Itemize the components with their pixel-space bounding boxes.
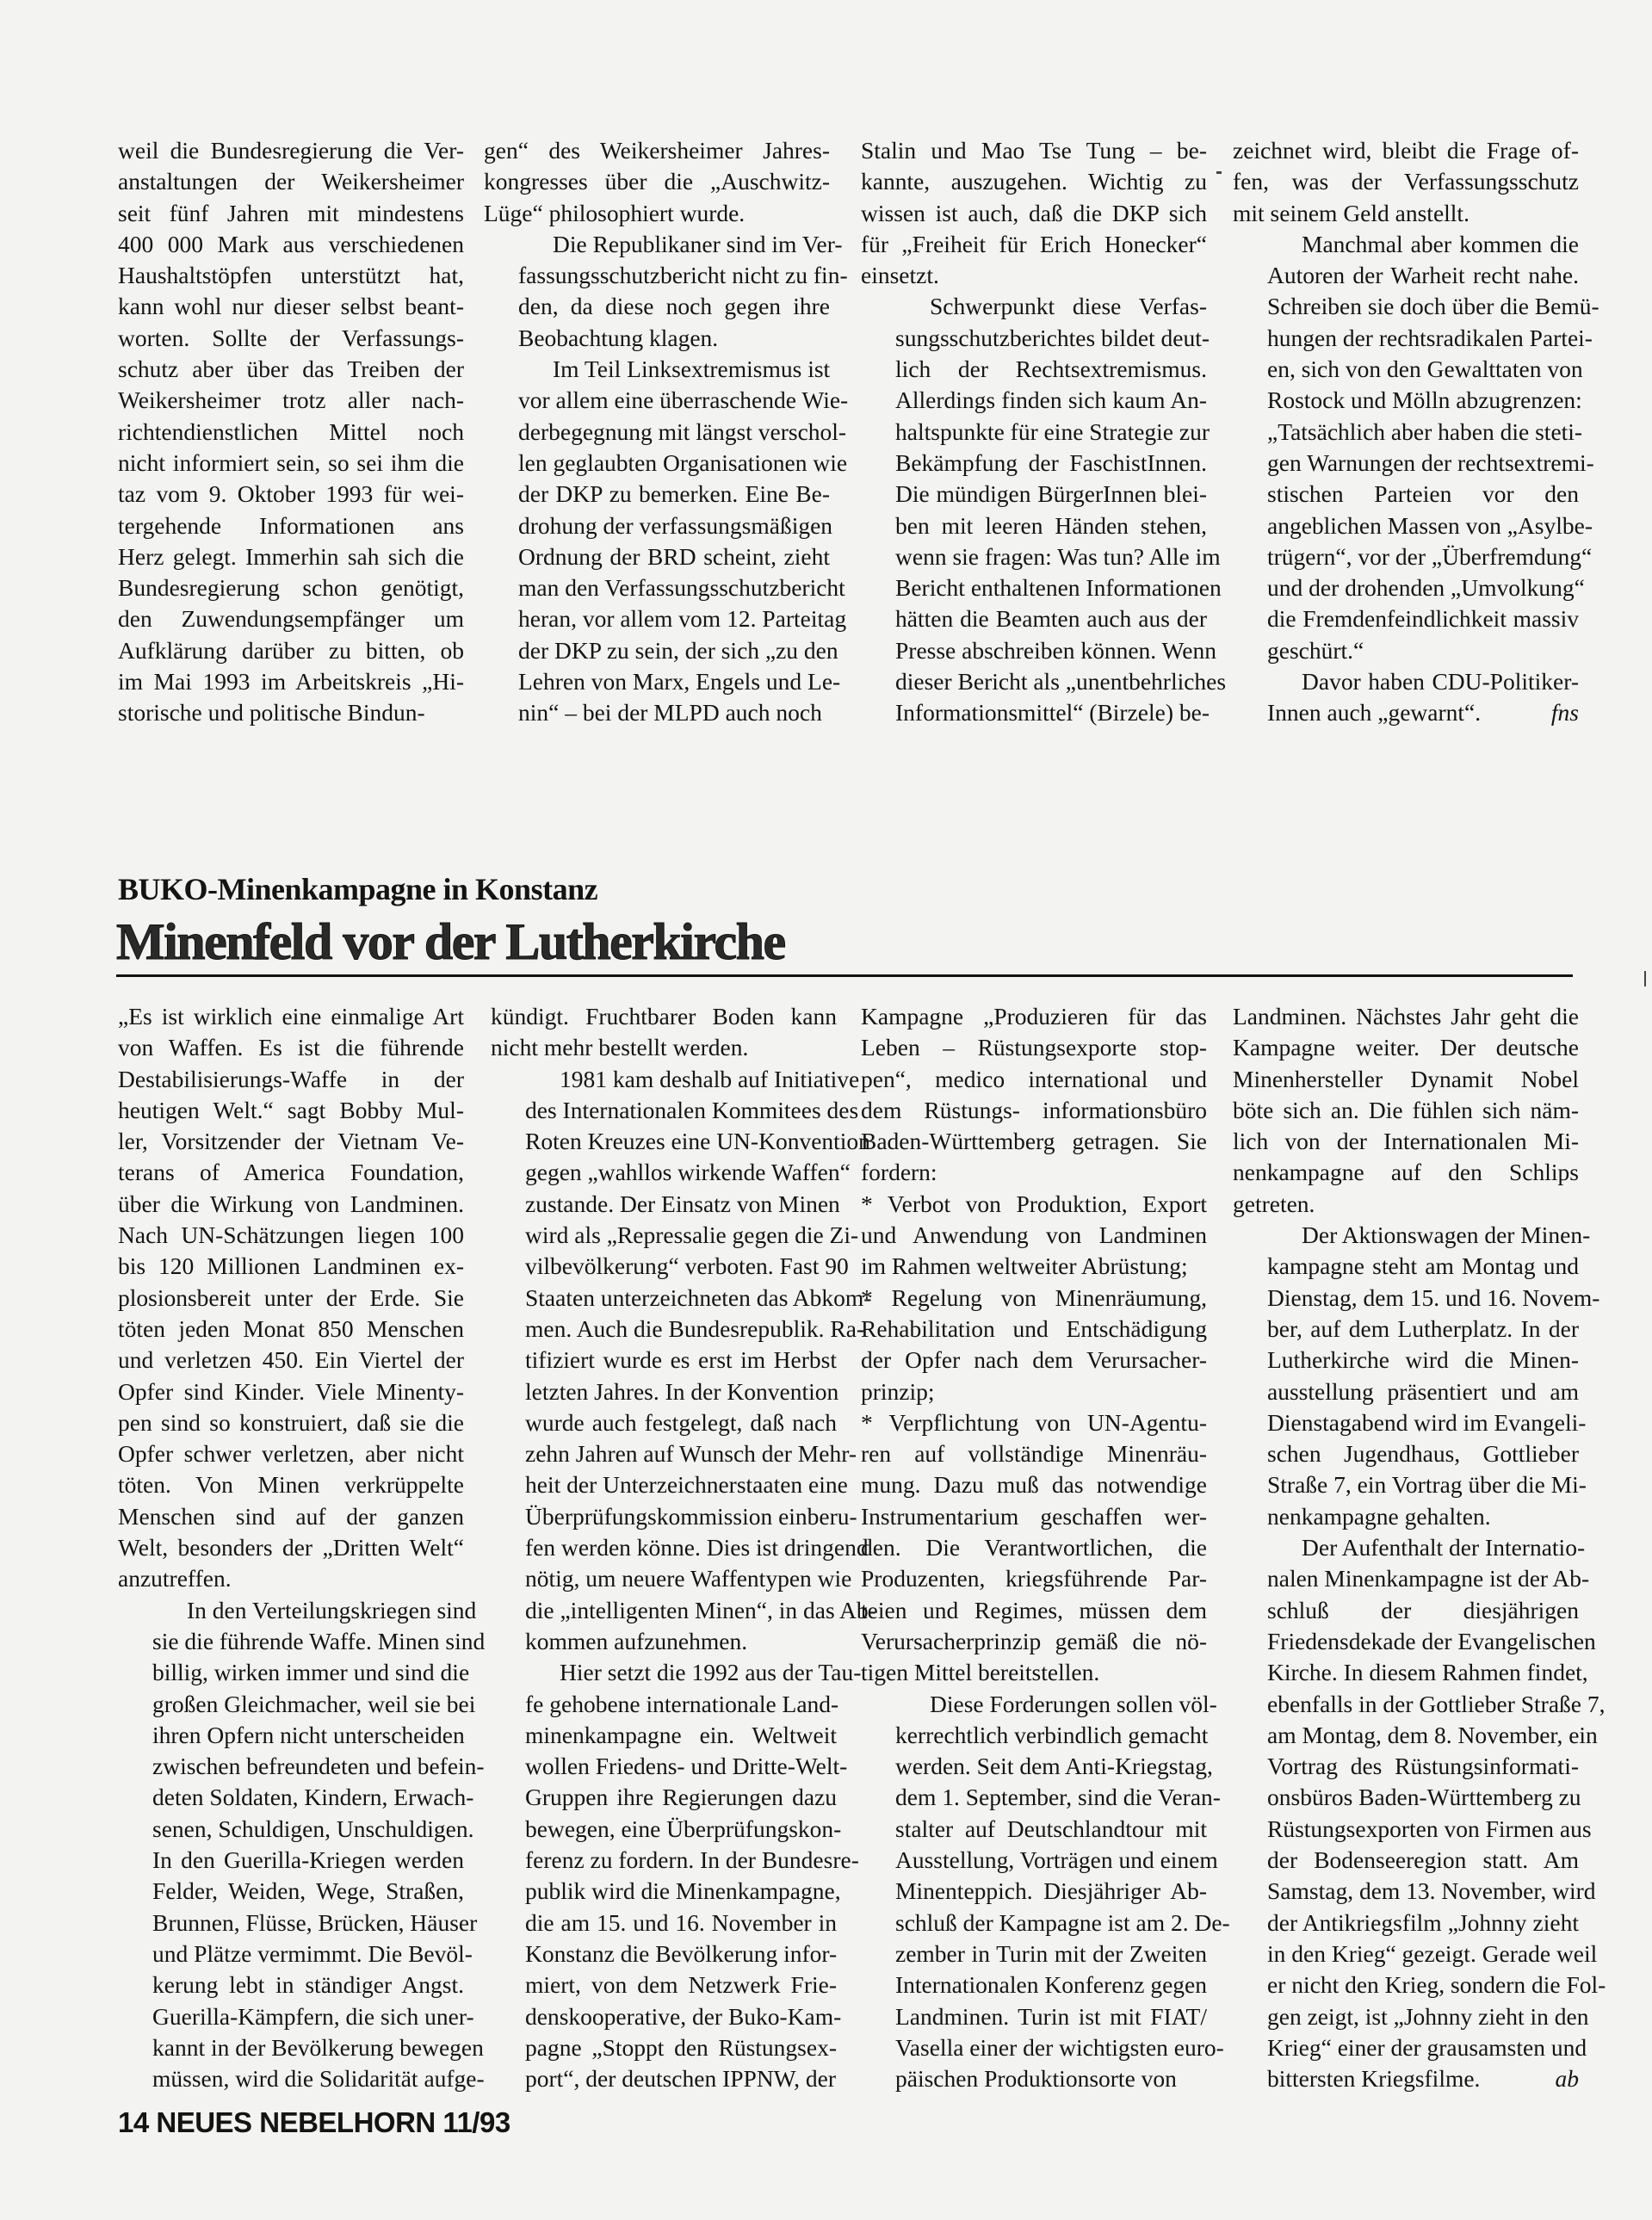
text-line: nötig, um neuere Waffentypen wie [491, 1563, 837, 1594]
text-line: tifiziert wurde es erst im Herbst [491, 1345, 837, 1376]
paragraph: 1981 kam deshalb auf Initiativedes Inter… [491, 1064, 837, 1658]
top-article-column-4: zeichnet wird, bleibt die Frage of-fen, … [1233, 135, 1579, 729]
text-line: und Plätze vermimmt. Die Bevöl- [118, 1939, 464, 1970]
text-line: miert, von dem Netzwerk Frie- [491, 1970, 837, 2000]
text-line: kannt in der Bevölkerung bewegen [118, 2032, 464, 2063]
paragraph: In den Verteilungskriegen sindsie die fü… [118, 1595, 464, 2095]
text-line: Herz gelegt. Immerhin sah sich die [118, 541, 464, 572]
text-line: ren auf vollständige Minenräu- [861, 1438, 1207, 1469]
text-line: sungsschutzberichtes bildet deut- [861, 323, 1207, 354]
text-line: Guerilla-Kämpfern, die sich uner- [118, 2001, 464, 2032]
paragraph: gen“ des Weikersheimer Jahres-kongresses… [484, 135, 830, 229]
text-line: geschürt.“ [1233, 635, 1579, 666]
text-line: zeichnet wird, bleibt die Frage of- [1233, 135, 1579, 166]
text-line: zustande. Der Einsatz von Minen [491, 1189, 837, 1220]
text-line: Felder, Weiden, Wege, Straßen, [118, 1876, 464, 1907]
text-line: mung. Dazu muß das notwendige [861, 1469, 1207, 1500]
text-line: hungen der rechtsradikalen Partei- [1233, 323, 1579, 354]
text-line: den, da diese noch gegen ihre [484, 291, 830, 322]
text-line: schluß der diesjährigen [1233, 1595, 1579, 1626]
text-line: im Rahmen weltweiter Abrüstung; [861, 1251, 1207, 1282]
text-line: in den Krieg“ gezeigt. Gerade weil [1233, 1939, 1579, 1970]
text-line: trügern“, vor der „Überfremdung“ [1233, 541, 1579, 572]
text-line: teien und Regimes, müssen dem [861, 1595, 1207, 1626]
text-line: heran, vor allem vom 12. Parteitag [484, 603, 830, 634]
text-line: schen Jugendhaus, Gottlieber [1233, 1438, 1579, 1469]
text-line: vor allem eine überraschende Wie- [484, 385, 830, 416]
text-line: einsetzt. [861, 260, 1207, 291]
text-line: ler, Vorsitzender der Vietnam Ve- [118, 1126, 464, 1157]
paragraph: Der Aktionswagen der Minen-kampagne steh… [1233, 1220, 1579, 1532]
text-line: ben mit leeren Händen stehen, [861, 510, 1207, 541]
text-line: Rehabilitation und Entschädigung [861, 1314, 1207, 1345]
text-line: drohung der verfassungsmäßigen [484, 510, 830, 541]
text-line: Rostock und Mölln abzugrenzen: [1233, 385, 1579, 416]
text-line: nicht informiert sein, so sei ihm die [118, 448, 464, 479]
text-line: * Regelung von Minenräumung, [861, 1283, 1207, 1314]
text-line: der Opfer nach dem Verursacher- [861, 1345, 1207, 1376]
text-line: pen“, medico international und [861, 1064, 1207, 1095]
text-line: plosionsbereit unter der Erde. Sie [118, 1283, 464, 1314]
text-line: denskooperative, der Buko-Kam- [491, 2001, 837, 2032]
text-line: zehn Jahren auf Wunsch der Mehr- [491, 1438, 837, 1469]
text-line: Beobachtung klagen. [484, 323, 830, 354]
text-line: gegen „wahllos wirkende Waffen“ [491, 1157, 837, 1188]
text-line: anzutreffen. [118, 1563, 464, 1594]
text-line: Opfer sind Kinder. Viele Minenty- [118, 1376, 464, 1407]
text-line: Ausstellung, Vorträgen und einem [861, 1845, 1207, 1876]
text-line: ebenfalls in der Gottlieber Straße 7, [1233, 1689, 1579, 1720]
text-line: dem 1. September, sind die Veran- [861, 1782, 1207, 1813]
text-line: Nach UN-Schätzungen liegen 100 [118, 1220, 464, 1251]
text-line: stalter auf Deutschlandtour mit [861, 1814, 1207, 1845]
text-line: großen Gleichmacher, weil sie bei [118, 1689, 464, 1720]
text-line: worten. Sollte der Verfassungs- [118, 323, 464, 354]
text-line: Kampagne weiter. Der deutsche [1233, 1032, 1579, 1063]
scan-mark [1216, 171, 1222, 174]
text-line: lich der Rechtsextremismus. [861, 354, 1207, 385]
text-line: ausstellung präsentiert und am [1233, 1376, 1579, 1407]
text-line: Minenhersteller Dynamit Nobel [1233, 1064, 1579, 1095]
text-line: stischen Parteien vor den [1233, 479, 1579, 510]
text-line: Davor haben CDU-Politiker- [1267, 666, 1579, 697]
text-line: sie die führende Waffe. Minen sind [118, 1626, 464, 1657]
text-line: heutigen Welt.“ sagt Bobby Mul- [118, 1095, 464, 1126]
text-line: letzten Jahres. In der Konvention [491, 1376, 837, 1407]
text-line: Minenteppich. Diesjähriger Ab- [861, 1876, 1207, 1907]
text-line: fordern: [861, 1157, 1207, 1188]
text-line: kündigt. Fruchtbarer Boden kann [491, 1001, 837, 1032]
text-line: kerrechtlich verbindlich gemacht [861, 1720, 1207, 1751]
text-line: die „intelligenten Minen“, in das Ab- [491, 1595, 837, 1626]
article-headline: Minenfeld vor der Lutherkirche [116, 912, 785, 972]
text-line: und Anwendung von Landminen [861, 1220, 1207, 1251]
text-line: Samstag, dem 13. November, wird [1233, 1876, 1579, 1907]
text-line: angeblichen Massen von „Asylbe- [1233, 510, 1579, 541]
text-line: In den Verteilungskriegen sind [152, 1595, 464, 1626]
text-line: Weikersheimer trotz aller nach- [118, 385, 464, 416]
text-line: man den Verfassungsschutzbericht [484, 572, 830, 603]
text-line: Verursacherprinzip gemäß die nö- [861, 1626, 1207, 1657]
text-line: im Mai 1993 im Arbeitskreis „Hi- [118, 666, 464, 697]
text-line: Friedensdekade der Evangelischen [1233, 1626, 1579, 1657]
text-line: pen sind so konstruiert, daß sie die [118, 1407, 464, 1438]
paragraph: Hier setzt die 1992 aus der Tau-fe gehob… [491, 1657, 837, 2094]
text-line: ferenz zu fordern. In der Bundesre- [491, 1845, 837, 1876]
text-line: billig, wirken immer und sind die [118, 1657, 464, 1688]
text-line: seit fünf Jahren mit mindestens [118, 198, 464, 229]
text-line: storische und politische Bindun- [118, 697, 464, 728]
text-line: onsbüros Baden-Württemberg zu [1233, 1782, 1579, 1813]
text-line: Opfer schwer verletzen, aber nicht [118, 1438, 464, 1469]
text-line: richtendienstlichen Mittel noch [118, 417, 464, 448]
top-article-column-2: gen“ des Weikersheimer Jahres-kongresses… [484, 135, 830, 729]
text-line: er nicht den Krieg, sondern die Fol- [1233, 1970, 1579, 2000]
text-line: Konstanz die Bevölkerung infor- [491, 1939, 837, 1970]
text-line: men. Auch die Bundesrepublik. Ra- [491, 1314, 837, 1345]
text-line: böte sich an. Die fühlen sich näm- [1233, 1095, 1579, 1126]
text-line: Vasella einer der wichtigsten euro- [861, 2032, 1207, 2063]
text-line: zember in Turin mit der Zweiten [861, 1939, 1207, 1970]
text-line: Landminen. Nächstes Jahr geht die [1233, 1001, 1579, 1032]
text-line: Kirche. In diesem Rahmen findet, [1233, 1657, 1579, 1688]
text-line: die am 15. und 16. November in [491, 1908, 837, 1939]
text-line: und verletzen 450. Ein Viertel der [118, 1345, 464, 1376]
text-line: die Fremdenfeindlichkeit massiv [1233, 603, 1579, 634]
text-line: am Montag, dem 8. November, ein [1233, 1720, 1579, 1751]
text-line: der DKP zu bemerken. Eine Be- [484, 479, 830, 510]
text-line: minenkampagne ein. Weltweit [491, 1720, 837, 1751]
text-line: kommen aufzunehmen. [491, 1626, 837, 1657]
text-line: Staaten unterzeichneten das Abkom- [491, 1283, 837, 1314]
text-line: Schreiben sie doch über die Bemü- [1233, 291, 1579, 322]
text-line: Destabilisierungs-Waffe in der [118, 1064, 464, 1095]
text-line: Presse abschreiben können. Wenn [861, 635, 1207, 666]
text-line: * Verpflichtung von UN-Agentu- [861, 1407, 1207, 1438]
paragraph: Stalin und Mao Tse Tung – be-kannte, aus… [861, 135, 1207, 291]
text-line: von Waffen. Es ist die führende [118, 1032, 464, 1063]
text-line: nin“ – bei der MLPD auch noch [484, 697, 830, 728]
paragraph: kündigt. Fruchtbarer Boden kannnicht meh… [491, 1001, 837, 1064]
text-line: und der drohenden „Umvolkung“ [1233, 572, 1579, 603]
text-line: Hier setzt die 1992 aus der Tau- [525, 1657, 837, 1688]
paragraph: Landminen. Nächstes Jahr geht dieKampagn… [1233, 1001, 1579, 1220]
text-line: Welt, besonders der „Dritten Welt“ [118, 1532, 464, 1563]
article-kicker: BUKO-Minenkampagne in Konstanz [118, 871, 597, 907]
text-line: nenkampagne gehalten. [1233, 1501, 1579, 1532]
paragraph: * Verpflichtung von UN-Agentu-ren auf vo… [861, 1407, 1207, 1689]
text-line: Bericht enthaltenen Informationen [861, 572, 1207, 603]
text-line: en, sich von den Gewalttaten von [1233, 354, 1579, 385]
author-signature: ab [1521, 2063, 1580, 2094]
top-article-column-1: weil die Bundesregierung die Ver-anstalt… [118, 135, 464, 729]
text-line: fassungsschutzbericht nicht zu fin- [484, 260, 830, 291]
text-line: gen“ des Weikersheimer Jahres- [484, 135, 830, 166]
text-line: * Verbot von Produktion, Export [861, 1189, 1207, 1220]
text-line: publik wird die Minenkampagne, [491, 1876, 837, 1907]
text-line: wurde auch festgelegt, daß nach [491, 1407, 837, 1438]
text-line: Aufklärung darüber zu bitten, ob [118, 635, 464, 666]
text-line: haltspunkte für eine Strategie zur [861, 417, 1207, 448]
text-line: der Antikriegsfilm „Johnny zieht [1233, 1908, 1579, 1939]
text-line: müssen, wird die Solidarität aufge- [118, 2063, 464, 2094]
text-line: der DKP zu sein, der sich „zu den [484, 635, 830, 666]
text-line: kerung lebt in ständiger Angst. [118, 1970, 464, 2000]
paragraph: Davor haben CDU-Politiker-Innen auch „ge… [1233, 666, 1579, 729]
text-line: Roten Kreuzes eine UN-Konvention [491, 1126, 837, 1157]
headline-rule [116, 974, 1573, 977]
text-line: heit der Unterzeichnerstaaten eine [491, 1469, 837, 1500]
text-line: Der Aufenthalt der Internatio- [1267, 1532, 1579, 1563]
text-line: Straße 7, ein Vortrag über die Mi- [1233, 1469, 1579, 1500]
text-line: Ordnung der BRD scheint, zieht [484, 541, 830, 572]
text-line: bis 120 Millionen Landminen ex- [118, 1251, 464, 1282]
text-line: der Bodenseeregion statt. Am [1233, 1845, 1579, 1876]
text-line: töten. Von Minen verkrüppelte [118, 1469, 464, 1500]
text-line: Dienstagabend wird im Evangeli- [1233, 1407, 1579, 1438]
text-line: Innen auch „gewarnt“.fns [1233, 697, 1579, 728]
text-line: den Zuwendungsempfänger um [118, 603, 464, 634]
scan-mark [1644, 971, 1646, 986]
paragraph: Diese Forderungen sollen völ-kerrechtlic… [861, 1689, 1207, 2095]
text-line: fen werden könne. Dies ist dringend [491, 1532, 837, 1563]
text-line: bewegen, eine Überprüfungskon- [491, 1814, 837, 1845]
text-line: Allerdings finden sich kaum An- [861, 385, 1207, 416]
text-line: Die mündigen BürgerInnen blei- [861, 479, 1207, 510]
text-line: mit seinem Geld anstellt. [1233, 198, 1579, 229]
text-line: Dienstag, dem 15. und 16. Novem- [1233, 1283, 1579, 1314]
article-column-4: Landminen. Nächstes Jahr geht dieKampagn… [1233, 1001, 1579, 2094]
paragraph: zeichnet wird, bleibt die Frage of-fen, … [1233, 135, 1579, 229]
paragraph: * Verbot von Produktion, Exportund Anwen… [861, 1189, 1207, 1283]
text-line: wird als „Repressalie gegen die Zi- [491, 1220, 837, 1251]
text-line: töten jeden Monat 850 Menschen [118, 1314, 464, 1345]
text-line: getreten. [1233, 1189, 1579, 1220]
paragraph: weil die Bundesregierung die Ver-anstalt… [118, 135, 464, 729]
text-line: wollen Friedens- und Dritte-Welt- [491, 1751, 837, 1782]
text-line: Die Republikaner sind im Ver- [518, 229, 830, 260]
text-line: schutz aber über das Treiben der [118, 354, 464, 385]
text-line: den. Die Verantwortlichen, die [861, 1532, 1207, 1563]
text-line: fe gehobene internationale Land- [491, 1689, 837, 1720]
text-line: prinzip; [861, 1376, 1207, 1407]
text-line: Schwerpunkt diese Verfas- [895, 291, 1207, 322]
paragraph: Im Teil Linksextremismus istvor allem ei… [484, 354, 830, 729]
text-line: weil die Bundesregierung die Ver- [118, 135, 464, 166]
text-line: tergehende Informationen ans [118, 510, 464, 541]
text-line: päischen Produktionsorte von [861, 2063, 1207, 2094]
top-article-column-3: Stalin und Mao Tse Tung – be-kannte, aus… [861, 135, 1207, 729]
text-line: Lehren von Marx, Engels und Le- [484, 666, 830, 697]
text-line: Produzenten, kriegsführende Par- [861, 1563, 1207, 1594]
text-line: Informationsmittel“ (Birzele) be- [861, 697, 1207, 728]
paragraph: Der Aufenthalt der Internatio-nalen Mine… [1233, 1532, 1579, 2094]
text-line: wissen ist auch, daß die DKP sich [861, 198, 1207, 229]
text-line: Bundesregierung schon genötigt, [118, 572, 464, 603]
text-line: senen, Schuldigen, Unschuldigen. [118, 1814, 464, 1845]
text-line: gen zeigt, ist „Johnny zieht in den [1233, 2001, 1579, 2032]
text-line: schluß der Kampagne ist am 2. De- [861, 1908, 1207, 1939]
text-line: dieser Bericht als „unentbehrliches [861, 666, 1207, 697]
text-line: pagne „Stoppt den Rüstungsex- [491, 2032, 837, 2063]
paragraph: Schwerpunkt diese Verfas-sungsschutzberi… [861, 291, 1207, 728]
article-column-3: Kampagne „Produzieren für dasLeben – Rüs… [861, 1001, 1207, 2094]
text-line: deten Soldaten, Kindern, Erwach- [118, 1782, 464, 1813]
text-line: 1981 kam deshalb auf Initiative [525, 1064, 837, 1095]
text-line: Der Aktionswagen der Minen- [1267, 1220, 1579, 1251]
text-line: Diese Forderungen sollen völ- [895, 1689, 1207, 1720]
text-line: „Tatsächlich aber haben die steti- [1233, 417, 1579, 448]
text-line: wenn sie fragen: Was tun? Alle im [861, 541, 1207, 572]
text-line: nalen Minenkampagne ist der Ab- [1233, 1563, 1579, 1594]
paragraph: Die Republikaner sind im Ver-fassungssch… [484, 229, 830, 354]
page-footer: 14 NEUES NEBELHORN 11/93 [118, 2106, 510, 2139]
text-line: len geglaubten Organisationen wie [484, 448, 830, 479]
text-line: Instrumentarium geschaffen wer- [861, 1501, 1207, 1532]
text-line: Lüge“ philosophiert wurde. [484, 198, 830, 229]
text-line: lich von der Internationalen Mi- [1233, 1126, 1579, 1157]
paragraph: Kampagne „Produzieren für dasLeben – Rüs… [861, 1001, 1207, 1189]
text-line: kann wohl nur dieser selbst beant- [118, 291, 464, 322]
text-line: In den Guerilla-Kriegen werden [118, 1845, 464, 1876]
text-line: port“, der deutschen IPPNW, der [491, 2063, 837, 2094]
text-line: Überprüfungskommission einberu- [491, 1501, 837, 1532]
text-line: ber, auf dem Lutherplatz. In der [1233, 1314, 1579, 1345]
text-line: 400 000 Mark aus verschiedenen [118, 229, 464, 260]
paragraph: * Regelung von Minenräumung,Rehabilitati… [861, 1283, 1207, 1407]
text-line: derbegegnung mit längst verschol- [484, 417, 830, 448]
text-line: kampagne steht am Montag und [1233, 1251, 1579, 1282]
text-line: nicht mehr bestellt werden. [491, 1032, 837, 1063]
text-line: dem Rüstungs- informationsbüro [861, 1095, 1207, 1126]
text-line: für „Freiheit für Erich Honecker“ [861, 229, 1207, 260]
text-line: Baden-Württemberg getragen. Sie [861, 1126, 1207, 1157]
text-line: fen, was der Verfassungsschutz [1233, 166, 1579, 197]
text-line: Manchmal aber kommen die [1267, 229, 1579, 260]
text-line: Haushaltstöpfen unterstützt hat, [118, 260, 464, 291]
text-line: Landminen. Turin ist mit FIAT/ [861, 2001, 1207, 2032]
text-line: Menschen sind auf der ganzen [118, 1501, 464, 1532]
text-line: kongresses über die „Auschwitz- [484, 166, 830, 197]
text-line: Kampagne „Produzieren für das [861, 1001, 1207, 1032]
text-line: zwischen befreundeten und befein- [118, 1751, 464, 1782]
text-line: über die Wirkung von Landminen. [118, 1189, 464, 1220]
article-column-2: kündigt. Fruchtbarer Boden kannnicht meh… [491, 1001, 837, 2094]
text-line: Leben – Rüstungsexporte stop- [861, 1032, 1207, 1063]
text-line: tigen Mittel bereitstellen. [861, 1657, 1207, 1688]
text-line: Stalin und Mao Tse Tung – be- [861, 135, 1207, 166]
text-line: Internationalen Konferenz gegen [861, 1970, 1207, 2000]
text-line: Rüstungsexporten von Firmen aus [1233, 1814, 1579, 1845]
paragraph: „Es ist wirklich eine einmalige Artvon W… [118, 1001, 464, 1595]
text-line: vilbevölkerung“ verboten. Fast 90 [491, 1251, 837, 1282]
text-line: hätten die Beamten auch aus der [861, 603, 1207, 634]
text-line: Bekämpfung der FaschistInnen. [861, 448, 1207, 479]
text-line: Lutherkirche wird die Minen- [1233, 1345, 1579, 1376]
text-line: bittersten Kriegsfilme.ab [1233, 2063, 1579, 2094]
text-line: gen Warnungen der rechtsextremi- [1233, 448, 1579, 479]
text-line: werden. Seit dem Anti-Kriegstag, [861, 1751, 1207, 1782]
text-line: terans of America Foundation, [118, 1157, 464, 1188]
author-signature: fns [1517, 697, 1579, 728]
text-line: nenkampagne auf den Schlips [1233, 1157, 1579, 1188]
text-line: ihren Opfern nicht unterscheiden [118, 1720, 464, 1751]
text-line: taz vom 9. Oktober 1993 für wei- [118, 479, 464, 510]
text-line: anstaltungen der Weikersheimer [118, 166, 464, 197]
text-line: Im Teil Linksextremismus ist [518, 354, 830, 385]
text-line: Brunnen, Flüsse, Brücken, Häuser [118, 1908, 464, 1939]
text-line: Gruppen ihre Regierungen dazu [491, 1782, 837, 1813]
article-column-1: „Es ist wirklich eine einmalige Artvon W… [118, 1001, 464, 2094]
text-line: Autoren der Warheit recht nahe. [1233, 260, 1579, 291]
paragraph: Manchmal aber kommen dieAutoren der Warh… [1233, 229, 1579, 666]
text-line: des Internationalen Kommitees des [491, 1095, 837, 1126]
text-line: „Es ist wirklich eine einmalige Art [118, 1001, 464, 1032]
text-line: Vortrag des Rüstungsinformati- [1233, 1751, 1579, 1782]
text-line: kannte, auszugehen. Wichtig zu [861, 166, 1207, 197]
text-line: Krieg“ einer der grausamsten und [1233, 2032, 1579, 2063]
